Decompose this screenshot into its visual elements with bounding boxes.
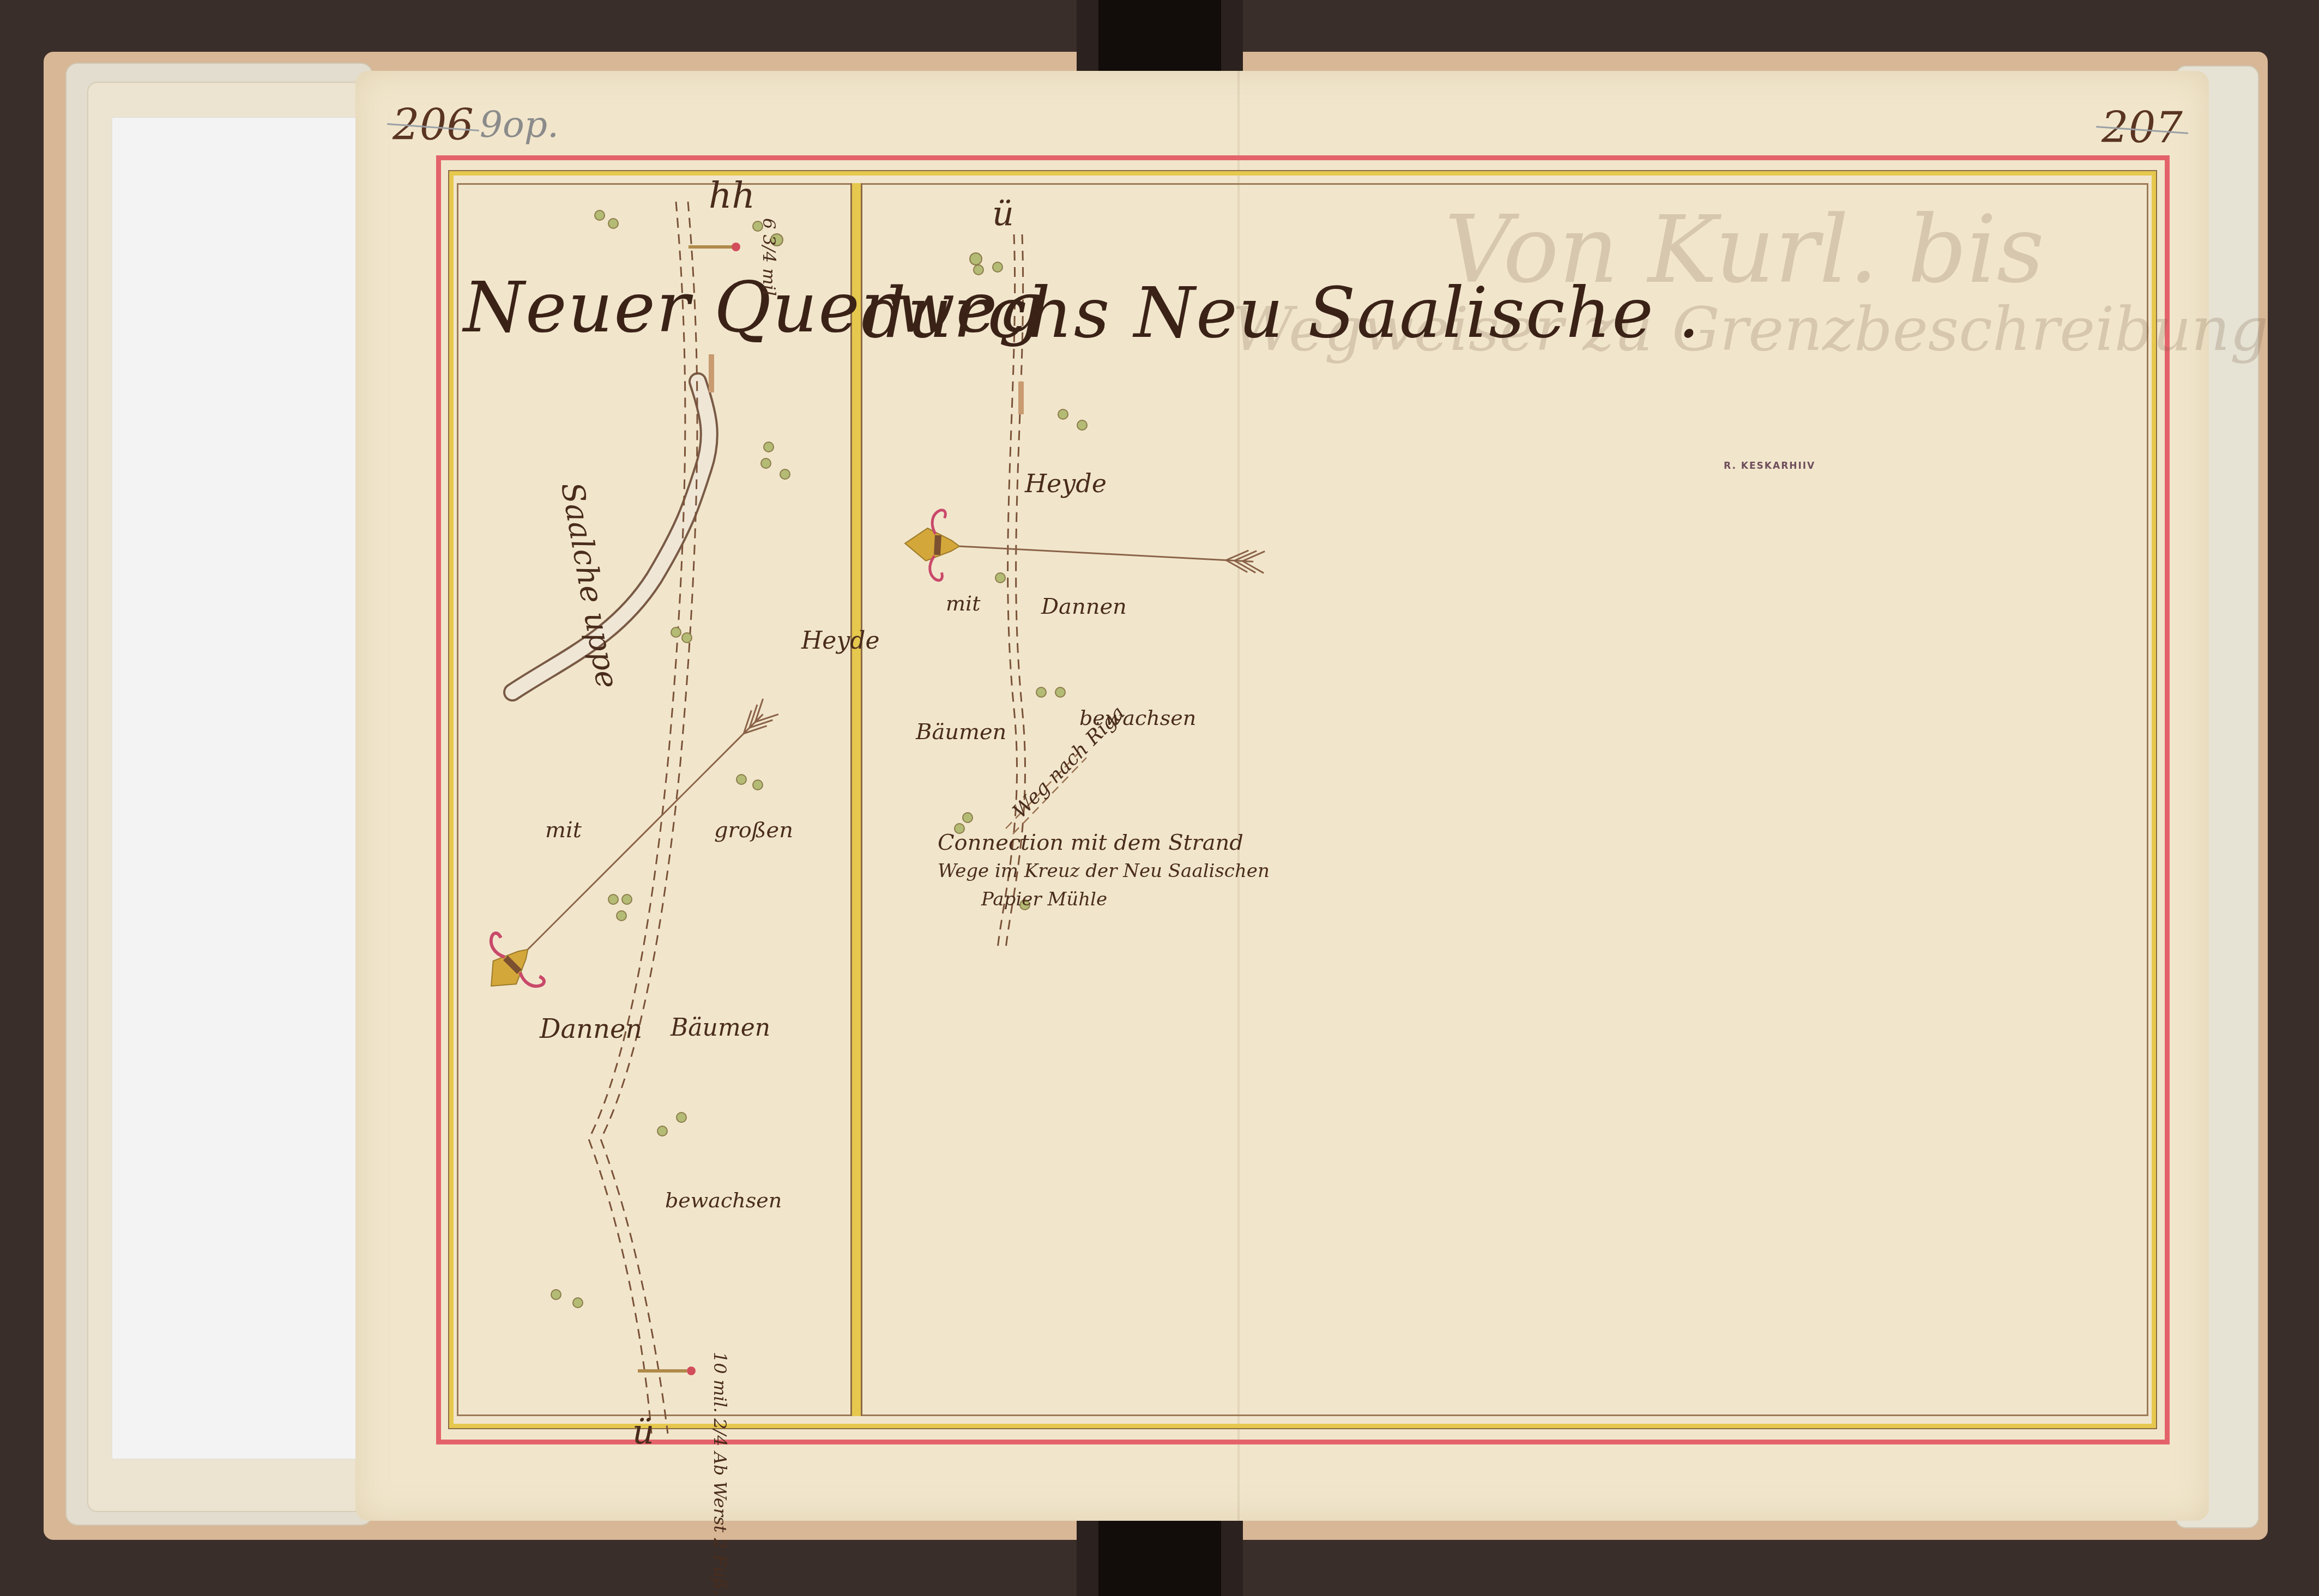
distance-post-top (689, 243, 740, 251)
label-dannen-left: Dannen (540, 1014, 642, 1044)
tree-symbols (551, 210, 1087, 1308)
map-title-part2: durchs Neu Saalische . (861, 273, 1701, 354)
label-dannen-right: Dannen (1041, 594, 1127, 619)
compass-left (467, 682, 796, 1011)
sheet-marker-top-right: ü (992, 194, 1014, 233)
left-road (589, 202, 697, 1434)
distance-label-top: 6 3/4 mil (759, 218, 780, 296)
connection-note-line3: Papier Mühle (938, 885, 1270, 914)
distance-label-bottom: 10 mil. 2/4 Ab Werst 2 Fuß. (710, 1352, 730, 1595)
sheet-marker-hh: hh (709, 174, 755, 216)
label-baeumen-left: Bäumen (671, 1014, 770, 1042)
label-grossen: großen (714, 818, 793, 843)
sheet-marker-bottom: ü (632, 1412, 654, 1452)
label-baeumen-right: Bäumen (916, 720, 1006, 745)
label-heyde-right: Heyde (1025, 469, 1107, 498)
label-bewachsen-left: bewachsen (665, 1188, 782, 1212)
label-heyde-left: Heyde (801, 627, 879, 655)
connection-note-line1: Connection mit dem Strand (938, 829, 1270, 857)
label-mit-left: mit (545, 818, 582, 843)
map-drawing-layer (0, 0, 2319, 1596)
connection-note: Connection mit dem Strand Wege im Kreuz … (938, 829, 1270, 914)
distance-post-bottom (638, 1367, 696, 1375)
compass-right (903, 509, 1266, 597)
label-mit-right: mit (946, 591, 980, 615)
connection-note-line2: Wege im Kreuz der Neu Saalischen (938, 857, 1270, 885)
